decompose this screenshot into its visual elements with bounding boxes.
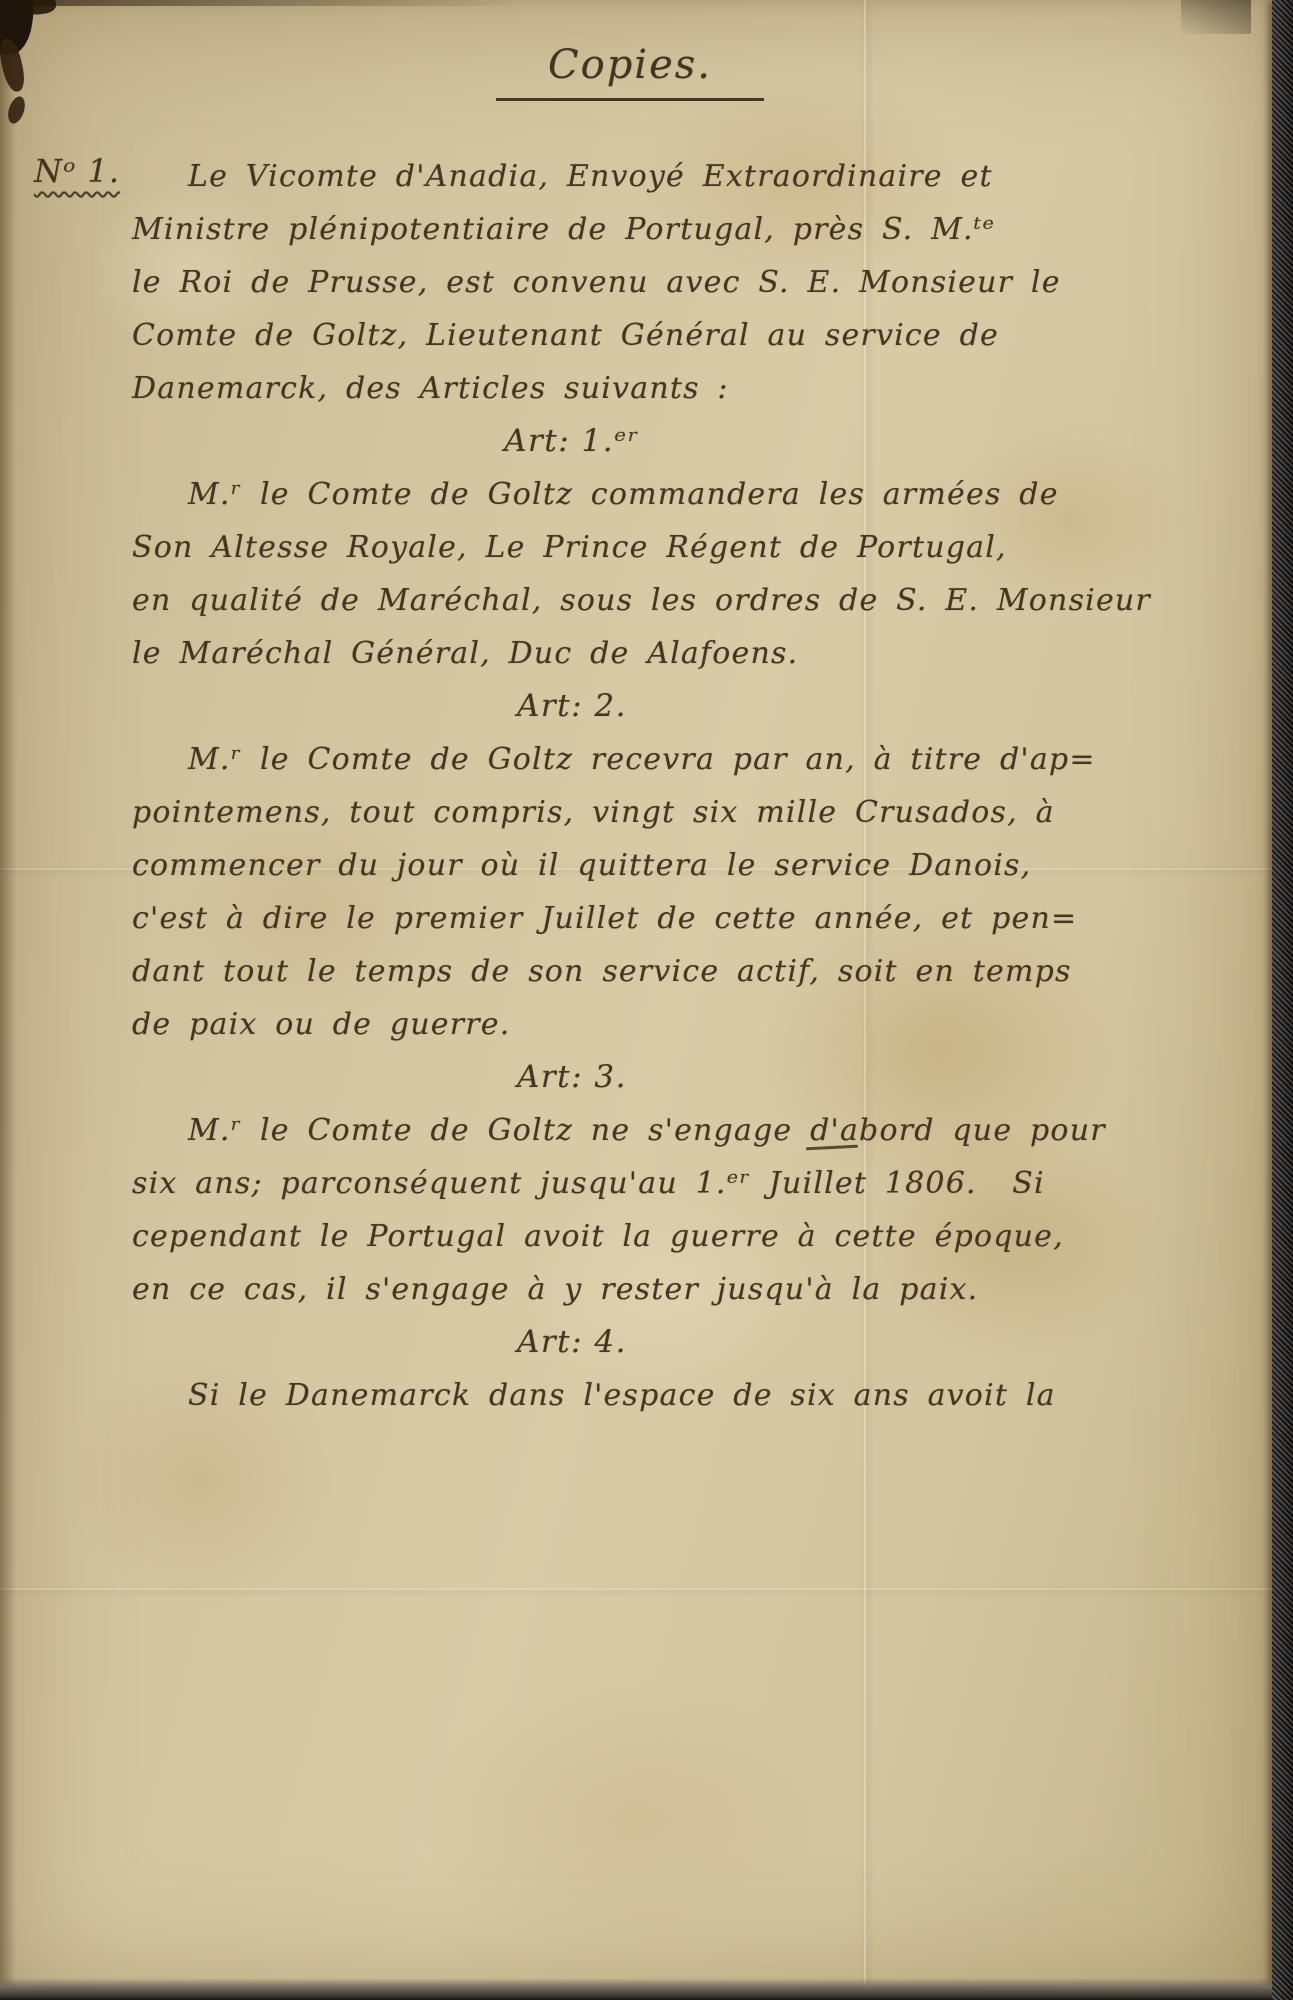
manuscript-line: en ce cas, il s'engage à y rester jusqu'… bbox=[132, 1263, 1012, 1316]
page-left-edge-shadow bbox=[0, 0, 16, 2000]
manuscript-page: Copies. Nᵒ 1. Le Vicomte d'Anadia, Envoy… bbox=[0, 0, 1272, 2000]
paper-stain bbox=[420, 1680, 840, 1960]
manuscript-line: cependant le Portugal avoit la guerre à … bbox=[132, 1210, 1012, 1263]
article-heading: Art: 1.ᵉʳ bbox=[132, 415, 1012, 468]
manuscript-line: Son Altesse Royale, Le Prince Régent de … bbox=[132, 521, 1012, 574]
page-bottom-edge bbox=[0, 1978, 1272, 2000]
manuscript-line: commencer du jour où il quittera le serv… bbox=[132, 839, 1012, 892]
manuscript-line: de paix ou de guerre. bbox=[132, 998, 1012, 1051]
manuscript-line: Danemarck, des Articles suivants : bbox=[132, 362, 1012, 415]
manuscript-line: le Maréchal Général, Duc de Alafoens. bbox=[132, 627, 1012, 680]
manuscript-line: M.ʳ le Comte de Goltz recevra par an, à … bbox=[132, 733, 1012, 786]
manuscript-line: Ministre plénipotentiaire de Portugal, p… bbox=[132, 203, 1012, 256]
fold-crease-horizontal bbox=[0, 1588, 1272, 1590]
book-binding-edge bbox=[1272, 0, 1293, 2000]
manuscript-line: M.ʳ le Comte de Goltz commandera les arm… bbox=[132, 468, 1012, 521]
manuscript-line: en qualité de Maréchal, sous les ordres … bbox=[132, 574, 1012, 627]
page-title: Copies. bbox=[400, 42, 860, 101]
manuscript-line: Si le Danemarck dans l'espace de six ans… bbox=[132, 1369, 1012, 1422]
article-heading: Art: 2. bbox=[132, 680, 1012, 733]
manuscript-line: dant tout le temps de son service actif,… bbox=[132, 945, 1012, 998]
manuscript-line: M.ʳ le Comte de Goltz ne s'engage d'abor… bbox=[132, 1104, 1012, 1157]
page-top-edge-shadow bbox=[0, 0, 520, 6]
page-title-text: Copies. bbox=[496, 42, 764, 101]
page-top-right-shadow bbox=[1181, 0, 1251, 34]
manuscript-line: Comte de Goltz, Lieutenant Général au se… bbox=[132, 309, 1012, 362]
margin-item-number: Nᵒ 1. bbox=[34, 152, 120, 190]
article-heading: Art: 3. bbox=[132, 1051, 1012, 1104]
manuscript-line: c'est à dire le premier Juillet de cette… bbox=[132, 892, 1012, 945]
manuscript-text-column: Le Vicomte d'Anadia, Envoyé Extraordinai… bbox=[132, 150, 1012, 1422]
manuscript-line: le Roi de Prusse, est convenu avec S. E.… bbox=[132, 256, 1012, 309]
manuscript-line: Le Vicomte d'Anadia, Envoyé Extraordinai… bbox=[132, 150, 1012, 203]
manuscript-line: six ans; parconséquent jusqu'au 1.ᵉʳ Jui… bbox=[132, 1157, 1012, 1210]
manuscript-line: pointemens, tout compris, vingt six mill… bbox=[132, 786, 1012, 839]
article-heading: Art: 4. bbox=[132, 1316, 1012, 1369]
